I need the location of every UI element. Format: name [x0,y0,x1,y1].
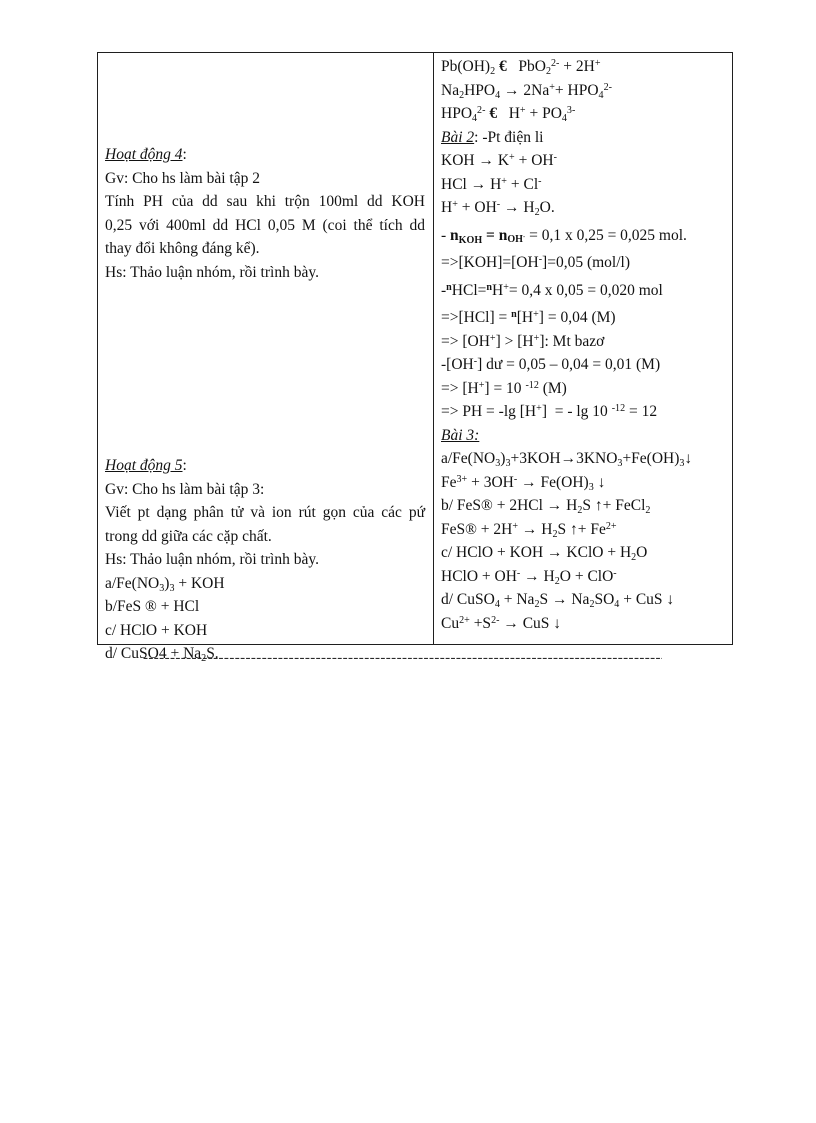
exercise-item: a/Fe(NO3)3 + KOH [105,572,425,596]
teacher-line: Gv: Cho hs làm bài tập 2 [105,167,425,191]
dashed-divider: ----------------------------------------… [143,650,662,670]
problem-text-line: 0,25 với 400ml dd HCl 0,05 M (coi thể tí… [105,214,425,238]
student-line: Hs: Thảo luận nhóm, rồi trình bày. [105,548,425,572]
problem-text-line: Tính PH của dd sau khi trộn 100ml dd KOH [105,190,425,214]
activity-4-block: Hoạt động 4: Gv: Cho hs làm bài tập 2 Tí… [105,143,425,284]
equation-line: HClO + OH- → H2O + ClO- [441,565,730,589]
equation-line: b/ FeS® + 2HCl → H2S ↑+ FeCl2 [441,494,730,518]
equation-line: H+ + OH- → H2O. [441,196,730,220]
document-page: Hoạt động 4: Gv: Cho hs làm bài tập 2 Tí… [0,0,816,1123]
exercise-2-heading: Bài 2: -Pt điện li [441,126,730,150]
exercise-item: c/ HClO + KOH [105,619,425,643]
calculation-line: =>[KOH]=[OH-]=0,05 (mol/l) [441,251,730,275]
calculation-line: -[OH-] dư = 0,05 – 0,04 = 0,01 (M) [441,353,730,377]
calculation-line: - nKOH = nOH- = 0,1 x 0,25 = 0,025 mol. [441,224,730,248]
equation-line: Cu2+ +S2- → CuS ↓ [441,612,730,636]
calculation-line: -nHCl=nH+= 0,4 x 0,05 = 0,020 mol [441,279,730,303]
problem-text-line: thay đổi không đáng kể). [105,237,425,261]
solutions-column: Pb(OH)2 € PbO22- + 2H+ Na2HPO4 → 2Na++ H… [434,53,732,644]
equation-line: KOH → K+ + OH- [441,149,730,173]
activities-column: Hoạt động 4: Gv: Cho hs làm bài tập 2 Tí… [98,53,434,644]
equation-line: d/ CuSO4 + Na2S → Na2SO4 + CuS ↓ [441,588,730,612]
activity-5-block: Hoạt động 5: Gv: Cho hs làm bài tập 3: V… [105,454,425,666]
calculation-line: => PH = -lg [H+] = - lg 10 -12 = 12 [441,400,730,424]
equation-line: Fe3+ + 3OH- → Fe(OH)3 ↓ [441,471,730,495]
equation-line: Pb(OH)2 € PbO22- + 2H+ [441,55,730,79]
equation-line: HPO42- € H+ + PO43- [441,102,730,126]
problem-text-line: Viết pt dạng phân tử và ion rút gọn của … [105,501,425,525]
student-line: Hs: Thảo luận nhóm, rồi trình bày. [105,261,425,285]
equation-line: Na2HPO4 → 2Na++ HPO42- [441,79,730,103]
problem-text-line: trong dd giữa các cặp chất. [105,525,425,549]
exercise-3-heading: Bài 3: [441,424,730,448]
calculation-line: =>[HCl] = n[H+] = 0,04 (M) [441,306,730,330]
lesson-plan-table: Hoạt động 4: Gv: Cho hs làm bài tập 2 Tí… [97,52,733,645]
calculation-line: => [H+] = 10 -12 (M) [441,377,730,401]
activity-5-heading: Hoạt động 5: [105,454,425,478]
activity-4-heading: Hoạt động 4: [105,143,425,167]
equation-line: a/Fe(NO3)3+3KOH→3KNO3+Fe(OH)3↓ [441,447,730,471]
equation-line: HCl → H+ + Cl- [441,173,730,197]
calculation-line: => [OH+] > [H+]: Mt bazơ [441,330,730,354]
exercise-item: b/FeS ® + HCl [105,595,425,619]
equation-line: FeS® + 2H+ → H2S ↑+ Fe2+ [441,518,730,542]
teacher-line: Gv: Cho hs làm bài tập 3: [105,478,425,502]
equation-line: c/ HClO + KOH → KClO + H2O [441,541,730,565]
